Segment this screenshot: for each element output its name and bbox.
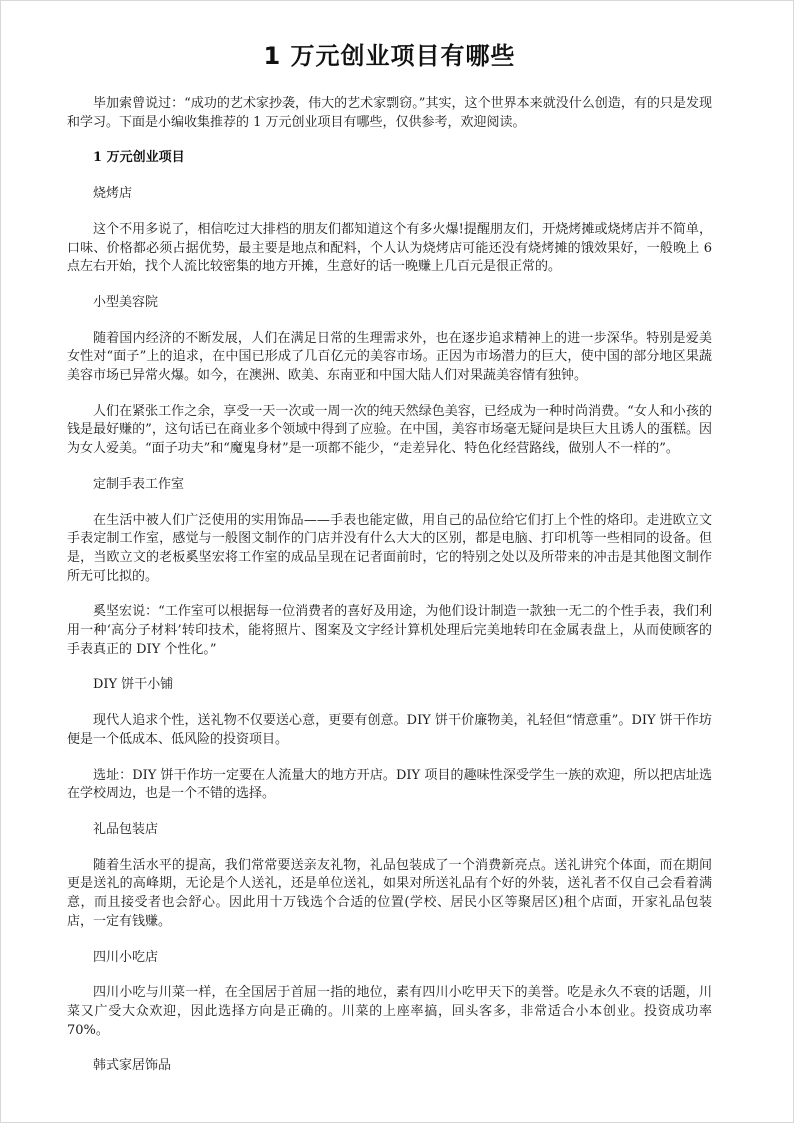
- document-body: 毕加索曾说过：“成功的艺术家抄袭，伟大的艺术家剽窃。”其实，这个世界本来就没什么…: [67, 95, 712, 1076]
- sub-heading: 四川小吃店: [67, 949, 712, 968]
- paragraph: 四川小吃与川菜一样，在全国居于首屈一指的地位，素有四川小吃甲天下的美誉。吃是永久…: [67, 984, 712, 1040]
- sub-heading: 定制手表工作室: [67, 476, 712, 495]
- sub-heading: 小型美容院: [67, 294, 712, 313]
- paragraph: 随着国内经济的不断发展，人们在满足日常的生理需求外，也在逐步追求精神上的进一步深…: [67, 330, 712, 386]
- paragraph: 现代人追求个性，送礼物不仅要送心意，更要有创意。DIY 饼干价廉物美，礼轻但“情…: [67, 712, 712, 749]
- sub-heading: DIY 饼干小铺: [67, 676, 712, 695]
- paragraph: 奚坚宏说：“工作室可以根据每一位消费者的喜好及用途，为他们设计制造一款独一无二的…: [67, 603, 712, 659]
- document-page: 1 万元创业项目有哪些 毕加索曾说过：“成功的艺术家抄袭，伟大的艺术家剽窃。”其…: [0, 0, 794, 1123]
- sub-heading: 韩式家居饰品: [67, 1057, 712, 1076]
- section-heading: 1 万元创业项目: [67, 149, 712, 168]
- page-title: 1 万元创业项目有哪些: [67, 36, 712, 71]
- paragraph: 随着生活水平的提高，我们常常要送亲友礼物，礼品包装成了一个消费新亮点。送礼讲究个…: [67, 857, 712, 932]
- sub-heading: 礼品包装店: [67, 821, 712, 840]
- paragraph: 人们在紧张工作之余，享受一天一次或一周一次的纯天然绿色美容，已经成为一种时尚消费…: [67, 403, 712, 459]
- paragraph: 这个不用多说了，相信吃过大排档的朋友们都知道这个有多火爆!提醒朋友们，开烧烤摊或…: [67, 221, 712, 277]
- sub-heading: 烧烤店: [67, 185, 712, 204]
- paragraph: 毕加索曾说过：“成功的艺术家抄袭，伟大的艺术家剽窃。”其实，这个世界本来就没什么…: [67, 95, 712, 132]
- paragraph: 选址：DIY 饼干作坊一定要在人流量大的地方开店。DIY 项目的趣味性深受学生一…: [67, 767, 712, 804]
- paragraph: 在生活中被人们广泛使用的实用饰品——手表也能定做，用自己的品位给它们打上个性的烙…: [67, 512, 712, 587]
